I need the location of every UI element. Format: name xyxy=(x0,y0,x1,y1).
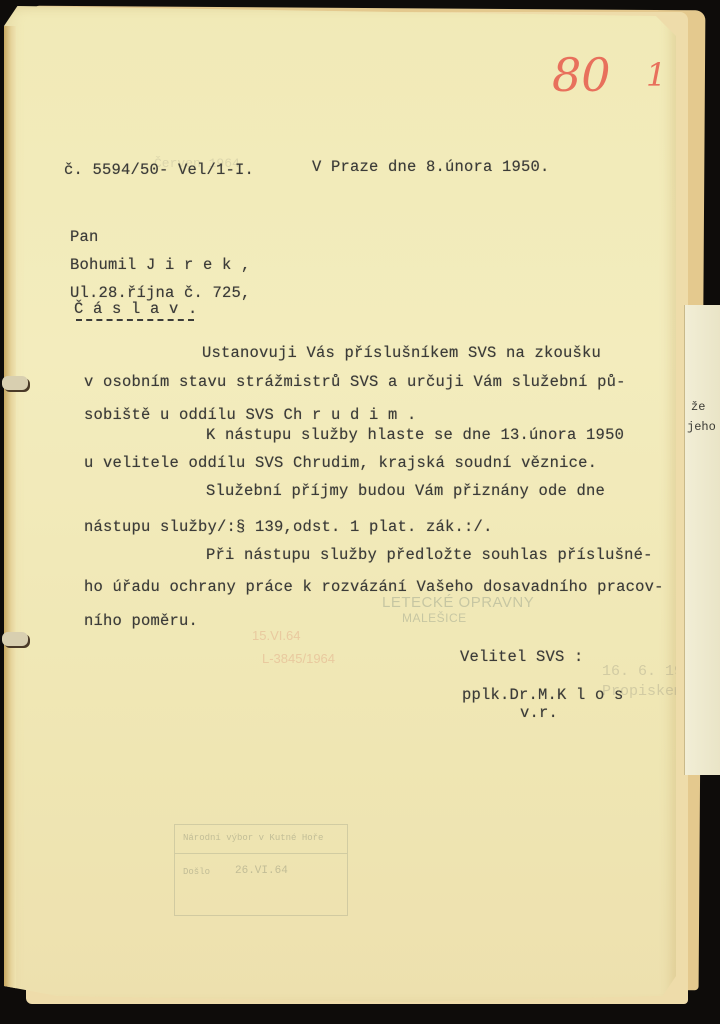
side-tab-fragment: jeho xyxy=(687,420,716,434)
document-page: Červen 1964 LETECKÉ OPRAVNY MALEŠICE 16.… xyxy=(4,6,676,1006)
signature-name: pplk.Dr.M.K l o s xyxy=(462,686,624,704)
body-line: Ustanovuji Vás příslušníkem SVS na zkouš… xyxy=(202,344,601,362)
reference-number: č. 5594/50- Vel/1-I. xyxy=(64,161,254,179)
body-line: K nástupu služby hlaste se dne 13.února … xyxy=(206,426,624,444)
show-through-receipt-stamp: Národní výbor v Kutné Hoře Došlo 26.VI.6… xyxy=(174,824,348,916)
body-line: u velitele oddílu SVS Chrudim, krajská s… xyxy=(84,454,597,472)
body-line: nástupu služby/:§ 139,odst. 1 plat. zák.… xyxy=(84,518,493,536)
body-line: ho úřadu ochrany práce k rozvázání Vašeh… xyxy=(84,578,664,596)
recipient-salutation: Pan xyxy=(70,228,99,246)
show-through-red-ref: L-3845/1964 xyxy=(262,651,335,666)
recipient-city: Č á s l a v . xyxy=(74,300,198,318)
show-through-red-date: 15.VI.64 xyxy=(252,628,300,643)
show-through-stamp: LETECKÉ OPRAVNY MALEŠICE xyxy=(382,594,534,625)
body-line: v osobním stavu strážmistrů SVS a určuji… xyxy=(84,373,626,391)
side-tab-fragment: že xyxy=(691,400,705,414)
signature-note: v.r. xyxy=(520,704,558,722)
recipient-name: Bohumil J i r e k , xyxy=(70,256,251,274)
red-corner-mark: 1 xyxy=(646,56,666,94)
signature-title: Velitel SVS : xyxy=(460,648,584,666)
body-line: Služební příjmy budou Vám přiznány ode d… xyxy=(206,482,605,500)
page-spine xyxy=(4,26,16,1006)
body-line: sobiště u oddílu SVS Ch r u d i m . xyxy=(84,406,417,424)
body-line: Při nástupu služby předložte souhlas pří… xyxy=(206,546,653,564)
place-and-date: V Praze dne 8.února 1950. xyxy=(312,158,550,176)
body-line: ního poměru. xyxy=(84,612,198,630)
side-tab-page: že jeho xyxy=(684,305,720,775)
binding-string xyxy=(2,632,28,646)
address-underline xyxy=(76,319,194,321)
binding-string xyxy=(2,376,28,390)
red-page-number: 80 xyxy=(552,48,611,102)
